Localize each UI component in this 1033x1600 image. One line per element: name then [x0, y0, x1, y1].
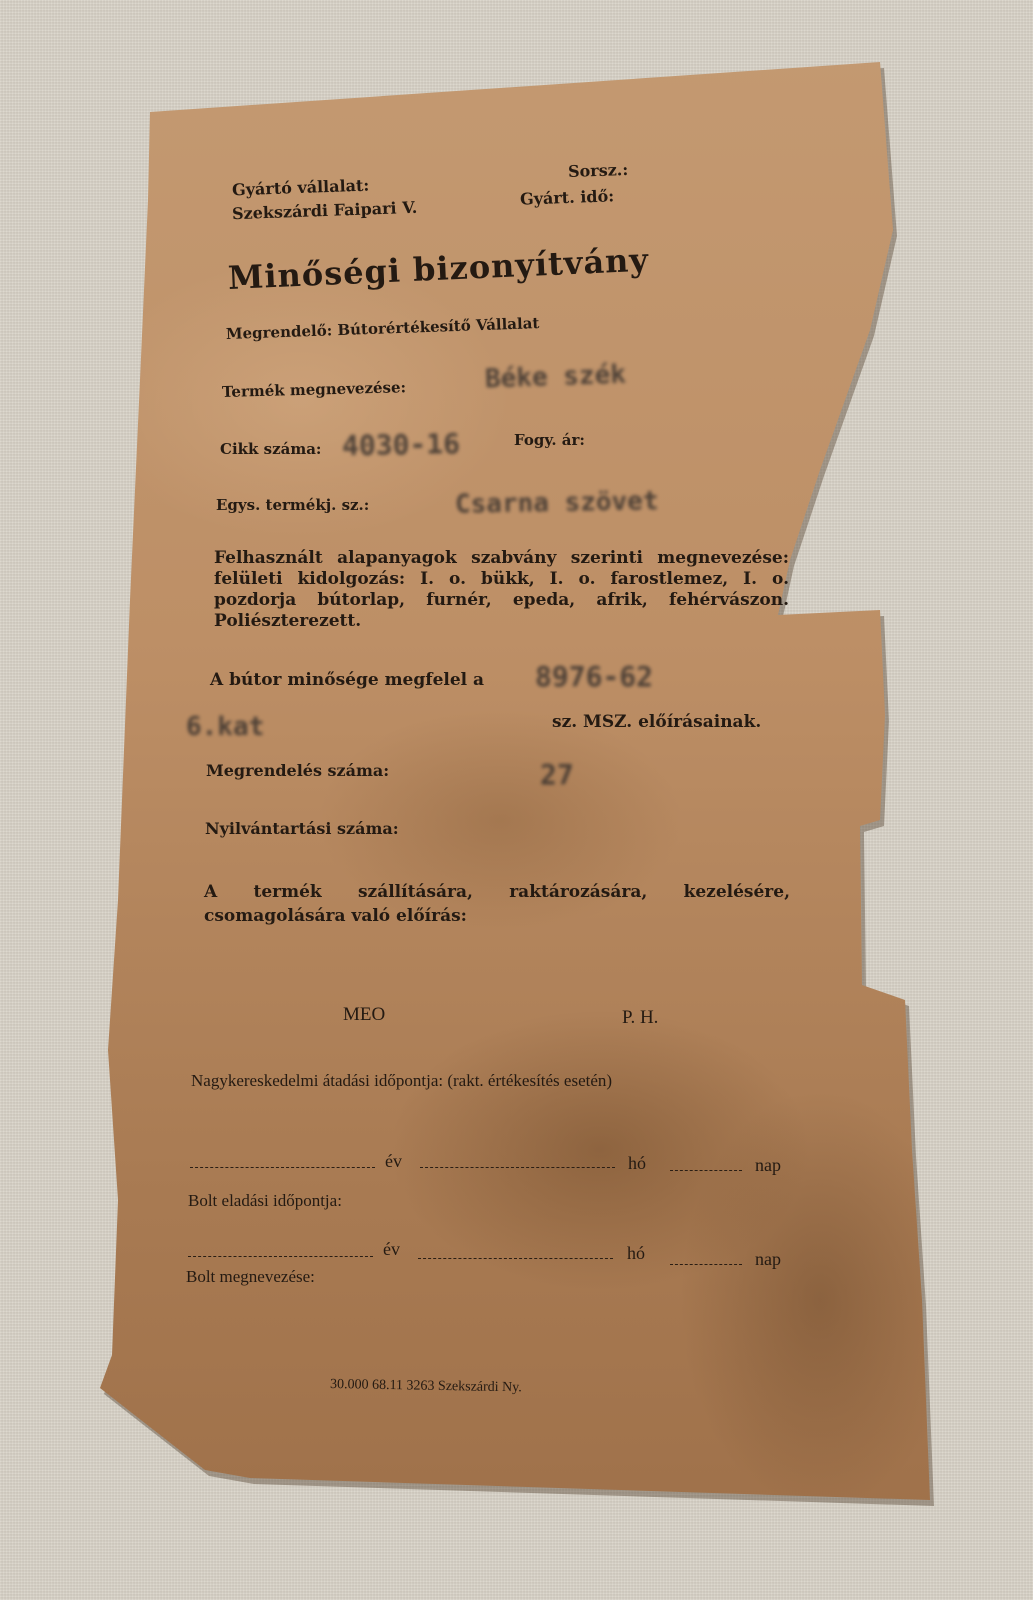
- article-number-stamp: 4030-16: [342, 427, 461, 462]
- unit-product-stamp: Csarna szövet: [455, 486, 659, 520]
- article-number-label: Cikk száma:: [220, 442, 321, 457]
- wholesale-year-label: év: [385, 1152, 402, 1170]
- shop-month-label: hó: [627, 1244, 645, 1262]
- quality-suffix: sz. MSZ. előírásainak.: [552, 714, 761, 731]
- order-number-stamp: 27: [540, 758, 574, 791]
- ph-stamp-label: P. H.: [622, 1008, 658, 1027]
- quality-certificate-paper: [0, 0, 1033, 1600]
- shop-day-line: [670, 1264, 742, 1265]
- shop-day-label: nap: [755, 1250, 781, 1268]
- shop-year-line: [188, 1256, 373, 1257]
- order-number-label: Megrendelés száma:: [206, 763, 389, 779]
- product-name-stamp: Béke szék: [485, 360, 627, 395]
- quality-category-stamp: 6.kat: [186, 712, 264, 742]
- shop-name-label: Bolt megnevezése:: [186, 1268, 315, 1285]
- customer-label: Megrendelő:: [226, 321, 333, 343]
- handling-paragraph: A termék szállítására, raktározására, ke…: [204, 880, 790, 928]
- quality-text: A bútor minősége megfelel a: [210, 672, 484, 689]
- wholesale-month-label: hó: [628, 1154, 646, 1172]
- wholesale-month-line: [420, 1167, 615, 1168]
- shop-year-label: év: [383, 1240, 400, 1258]
- manufacturer-label: Gyártó vállalat:: [232, 178, 370, 199]
- wholesale-date-label: Nagykereskedelmi átadási időpontja: (rak…: [191, 1070, 796, 1092]
- wholesale-day-line: [670, 1170, 742, 1171]
- production-time-label: Gyárt. idő:: [520, 188, 615, 207]
- shop-month-line: [418, 1258, 613, 1259]
- wholesale-year-line: [190, 1167, 375, 1168]
- retail-price-label: Fogy. ár:: [514, 433, 585, 448]
- unit-product-label: Egys. termékj. sz.:: [216, 498, 369, 513]
- serial-label: Sorsz.:: [568, 162, 629, 180]
- materials-paragraph: Felhasznált alapanyagok szabvány szerint…: [214, 548, 789, 636]
- registry-number-label: Nyilvántartási száma:: [205, 821, 399, 837]
- wholesale-day-label: nap: [755, 1156, 781, 1174]
- quality-standard-stamp: 8976-62: [535, 660, 653, 693]
- shop-sale-date-label: Bolt eladási időpontja:: [188, 1192, 342, 1209]
- meo-signature-label: MEO: [343, 1005, 385, 1024]
